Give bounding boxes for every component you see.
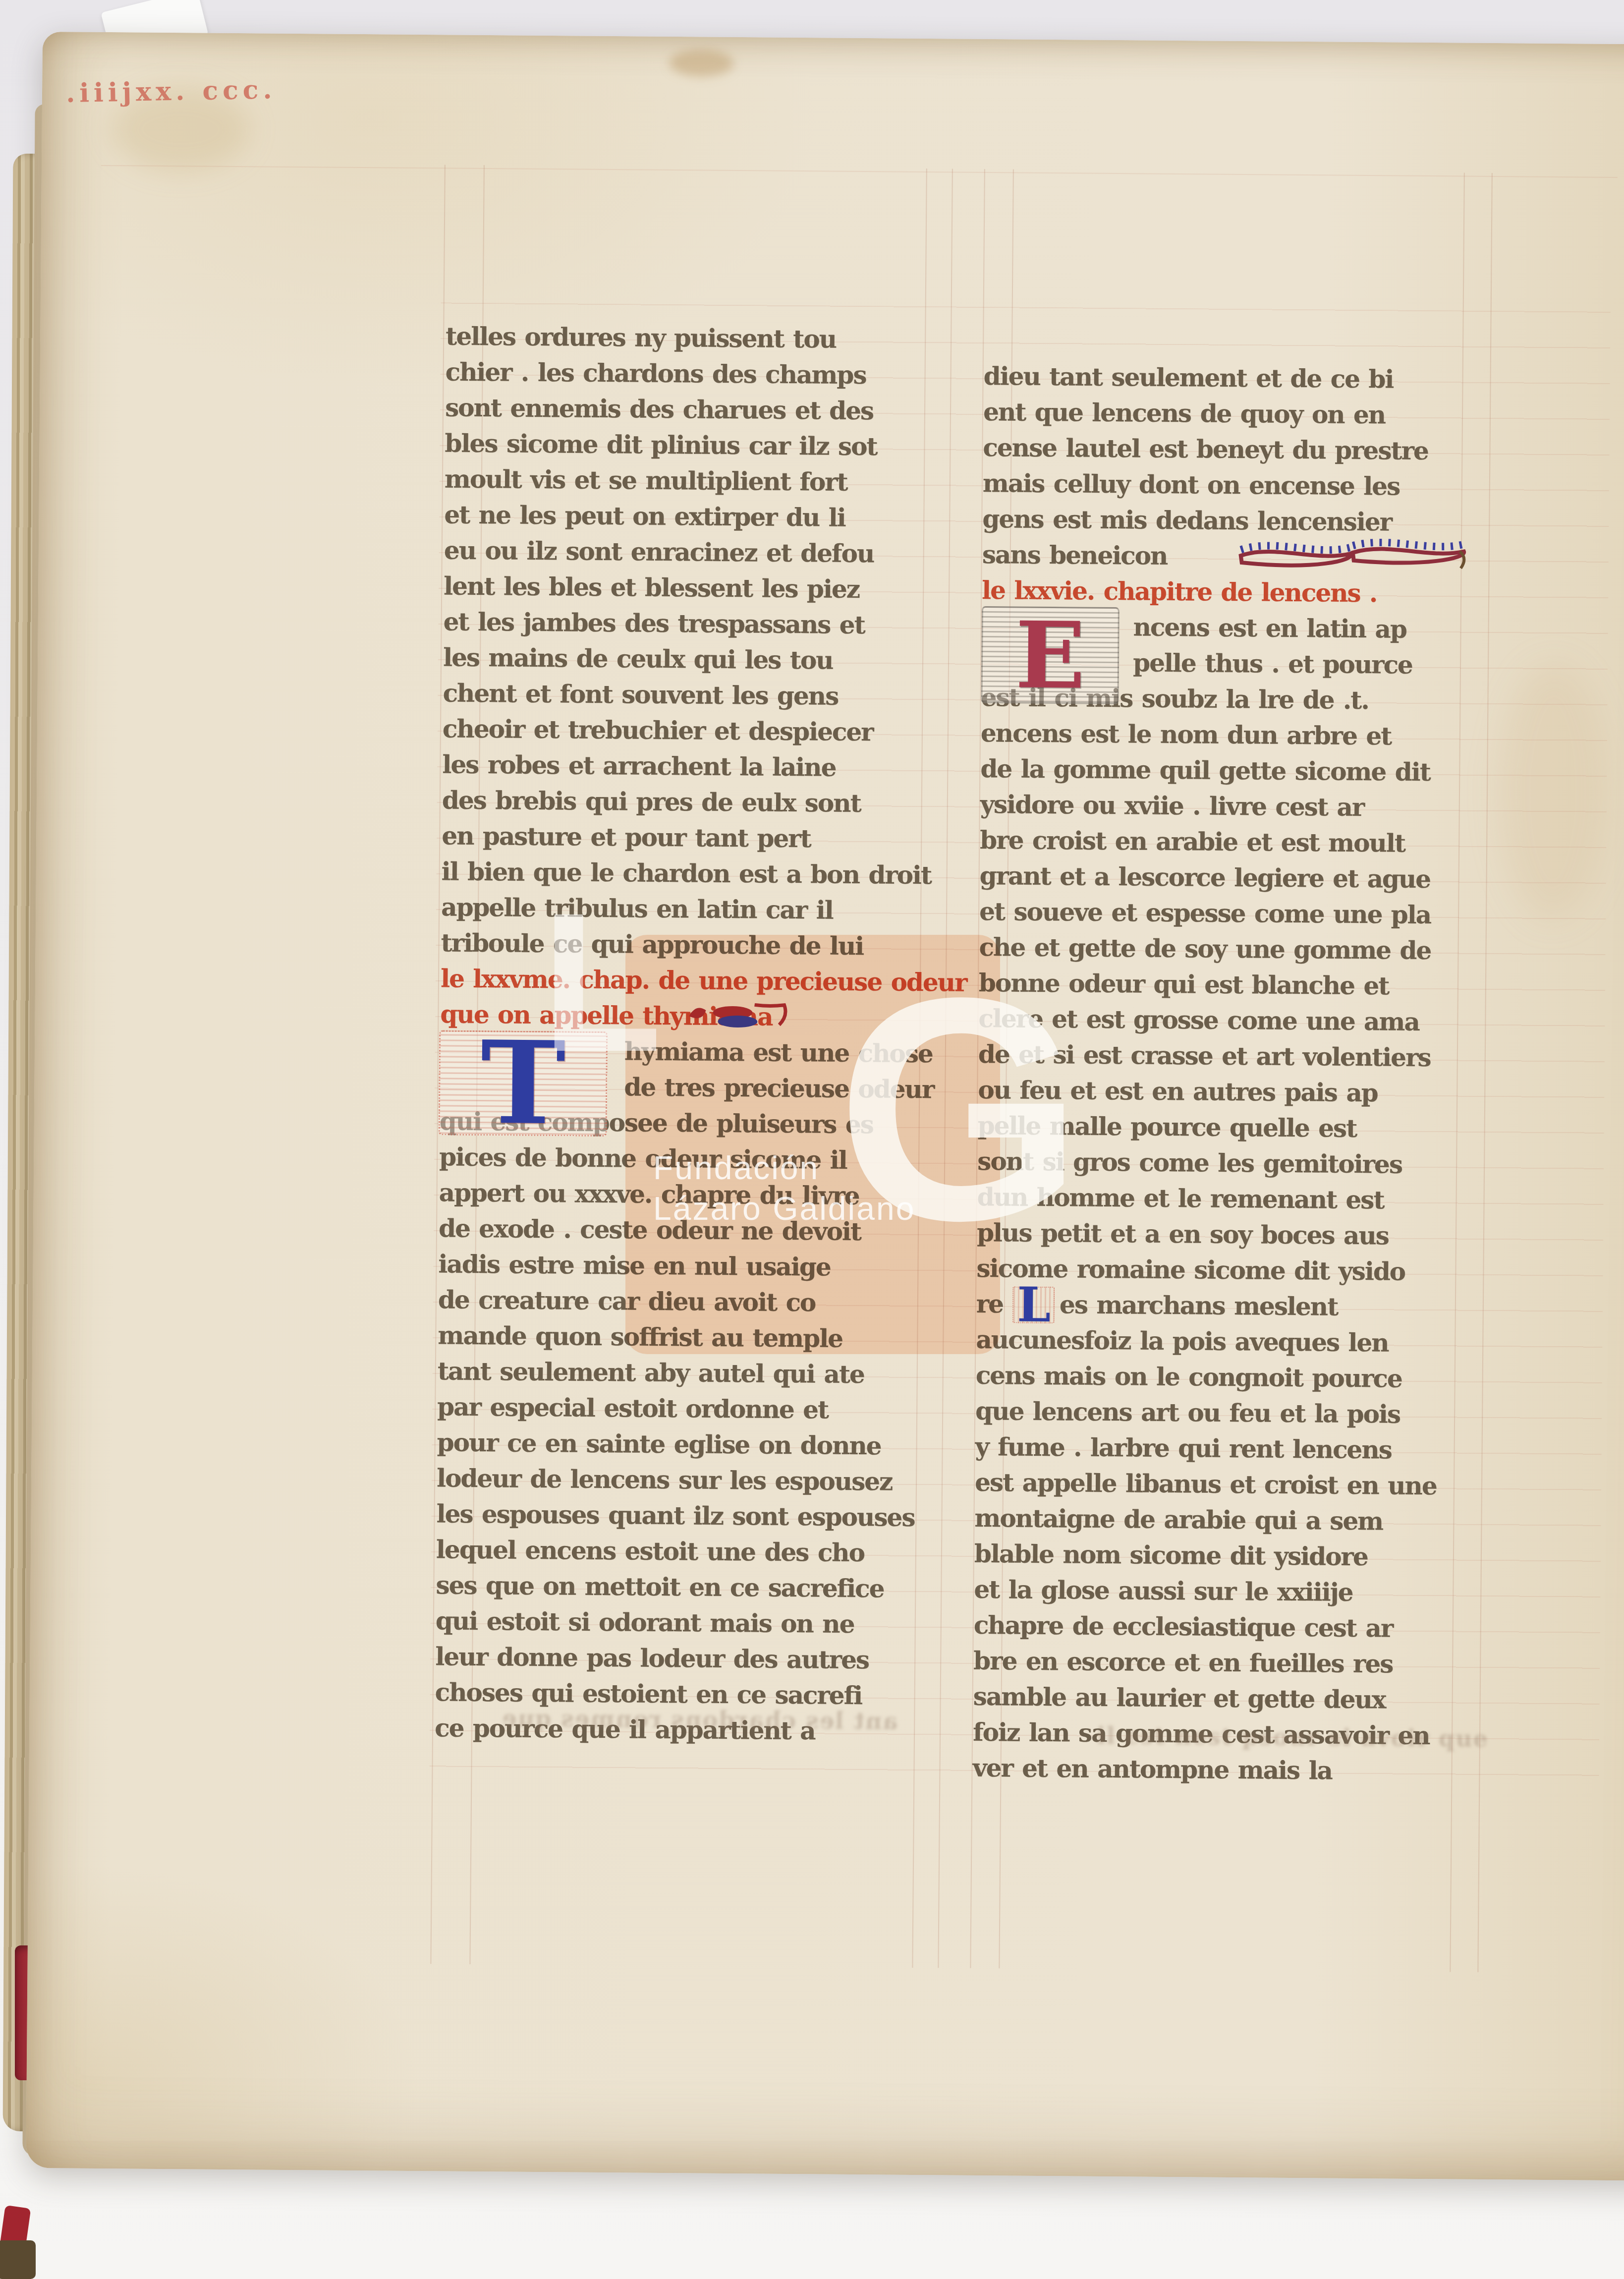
text-line: ver et en antompne mais la [972, 1750, 1464, 1790]
watermark-caption-line1: Fundación [653, 1149, 819, 1187]
text-line: de la gomme quil gette sicome dit [980, 751, 1472, 791]
show-through-text-left: ant les chardons ronmes que [501, 1705, 897, 1734]
text-line: bles sicome dit plinius car ilz sot [445, 425, 937, 465]
text-line: des brebis qui pres de eulx sont [442, 782, 934, 822]
text-line: pour ce en sainte eglise on donne [437, 1424, 929, 1464]
text-line: et ne les peut on extirper du li [444, 497, 936, 536]
text-line: et soueve et espesse come une pla [979, 894, 1471, 933]
text-line: cens mais on le congnoit pource [975, 1358, 1467, 1397]
text-line: et les jambes des trespassans et [443, 604, 935, 643]
text-line: il bien que le chardon est a bon droit [441, 854, 933, 893]
text-line: grant et a lescorce legiere et ague [979, 858, 1471, 898]
text-line: leur donne pas lodeur des autres [435, 1639, 927, 1678]
text-line: que lencens art ou feu et la pois [975, 1393, 1467, 1433]
text-line: en pasture et pour tant pert [442, 818, 934, 857]
text-line: lequel encens estoit une des cho [436, 1532, 928, 1571]
text-line: chier . les chardons des champs [445, 354, 937, 394]
text-line: montaigne de arabie qui a sem [974, 1500, 1466, 1540]
decorated-initial-E: E [981, 606, 1120, 704]
text-line: tant seulement aby autel qui ate [438, 1353, 930, 1393]
text-line: et la glose aussi sur le xxiiije [974, 1572, 1466, 1611]
text-line: par especial estoit ordonne et [437, 1389, 929, 1428]
text-line: re Les marchans meslent [976, 1286, 1468, 1326]
text-line: aucunesfoiz la pois aveques len [976, 1322, 1468, 1362]
watermark-caption-line2: Lázaro Galdiano [653, 1190, 915, 1227]
text-line: chent et font souvent les gens [443, 675, 935, 715]
text-line: eu ou ilz sont enracinez et defou [444, 532, 936, 572]
text-line: gens est mis dedans lencensier [982, 501, 1474, 541]
text-line: les mains de ceulx qui les tou [443, 639, 935, 679]
top-margin-ruling [101, 165, 1618, 178]
text-line: appelle tribulus en latin car il [441, 889, 933, 929]
text-line: ses que on mettoit en ce sacrefice [436, 1567, 928, 1607]
text-line: dieu tant seulement et de ce bi [983, 358, 1475, 398]
text-line: mais celluy dont on encense les [983, 465, 1475, 505]
text-line: qui estoit si odorant mais on ne [436, 1603, 928, 1643]
text-line: les espouses quant ilz sont espouses [436, 1496, 928, 1536]
text-line: encens est le nom dun arbre et [981, 715, 1473, 755]
text-line: ysidore ou xviie . livre cest ar [980, 787, 1472, 826]
text-line: telles ordures ny puissent tou [446, 318, 938, 358]
text-line: moult vis et se multiplient fort [445, 461, 937, 501]
text-line: bre en escorce et en fueilles res [973, 1643, 1465, 1683]
text-line: ent que lencens de quoy on en [983, 394, 1475, 434]
text-line: est appelle libanus et croist en une [975, 1465, 1467, 1504]
show-through-text-right: il est nest psour si avoir que [1097, 1722, 1489, 1752]
text-line: cheoir et trebuchier et despiecer [443, 711, 935, 750]
text-line: lent les bles et blessent les piez [444, 568, 936, 608]
text-line: les robes et arrachent la laine [442, 746, 934, 786]
text-line: cense lautel est beneyt du prestre [983, 430, 1475, 469]
small-decorated-initial: L [1012, 1286, 1055, 1323]
binding-dark-corner [0, 2240, 36, 2279]
text-line: y fume . larbre qui rent lencens [975, 1429, 1467, 1469]
initial-letter-E: E [1015, 610, 1085, 700]
text-line: lodeur de lencens sur les espousez [437, 1460, 929, 1500]
text-line: chapre de ecclesiastique cest ar [974, 1607, 1466, 1647]
text-line: sont ennemis des charues et des [445, 390, 937, 429]
text-line: blable nom sicome dit ysidore [974, 1536, 1466, 1576]
folio-number-red: .iiijxx. ccc. [66, 74, 277, 109]
watermark-monogram-L: L [541, 883, 662, 1082]
manuscript-photo: { "foliation": { "text": ".iiijxx. ccc."… [0, 0, 1624, 2279]
text-line: samble au laurier et gette deux [973, 1679, 1465, 1718]
text-fragment: es marchans meslent [1060, 1290, 1338, 1321]
line-filler-flourish-right [1235, 537, 1469, 575]
parchment-stain [669, 50, 733, 77]
text-line: bre croist en arabie et est moult [980, 822, 1472, 862]
